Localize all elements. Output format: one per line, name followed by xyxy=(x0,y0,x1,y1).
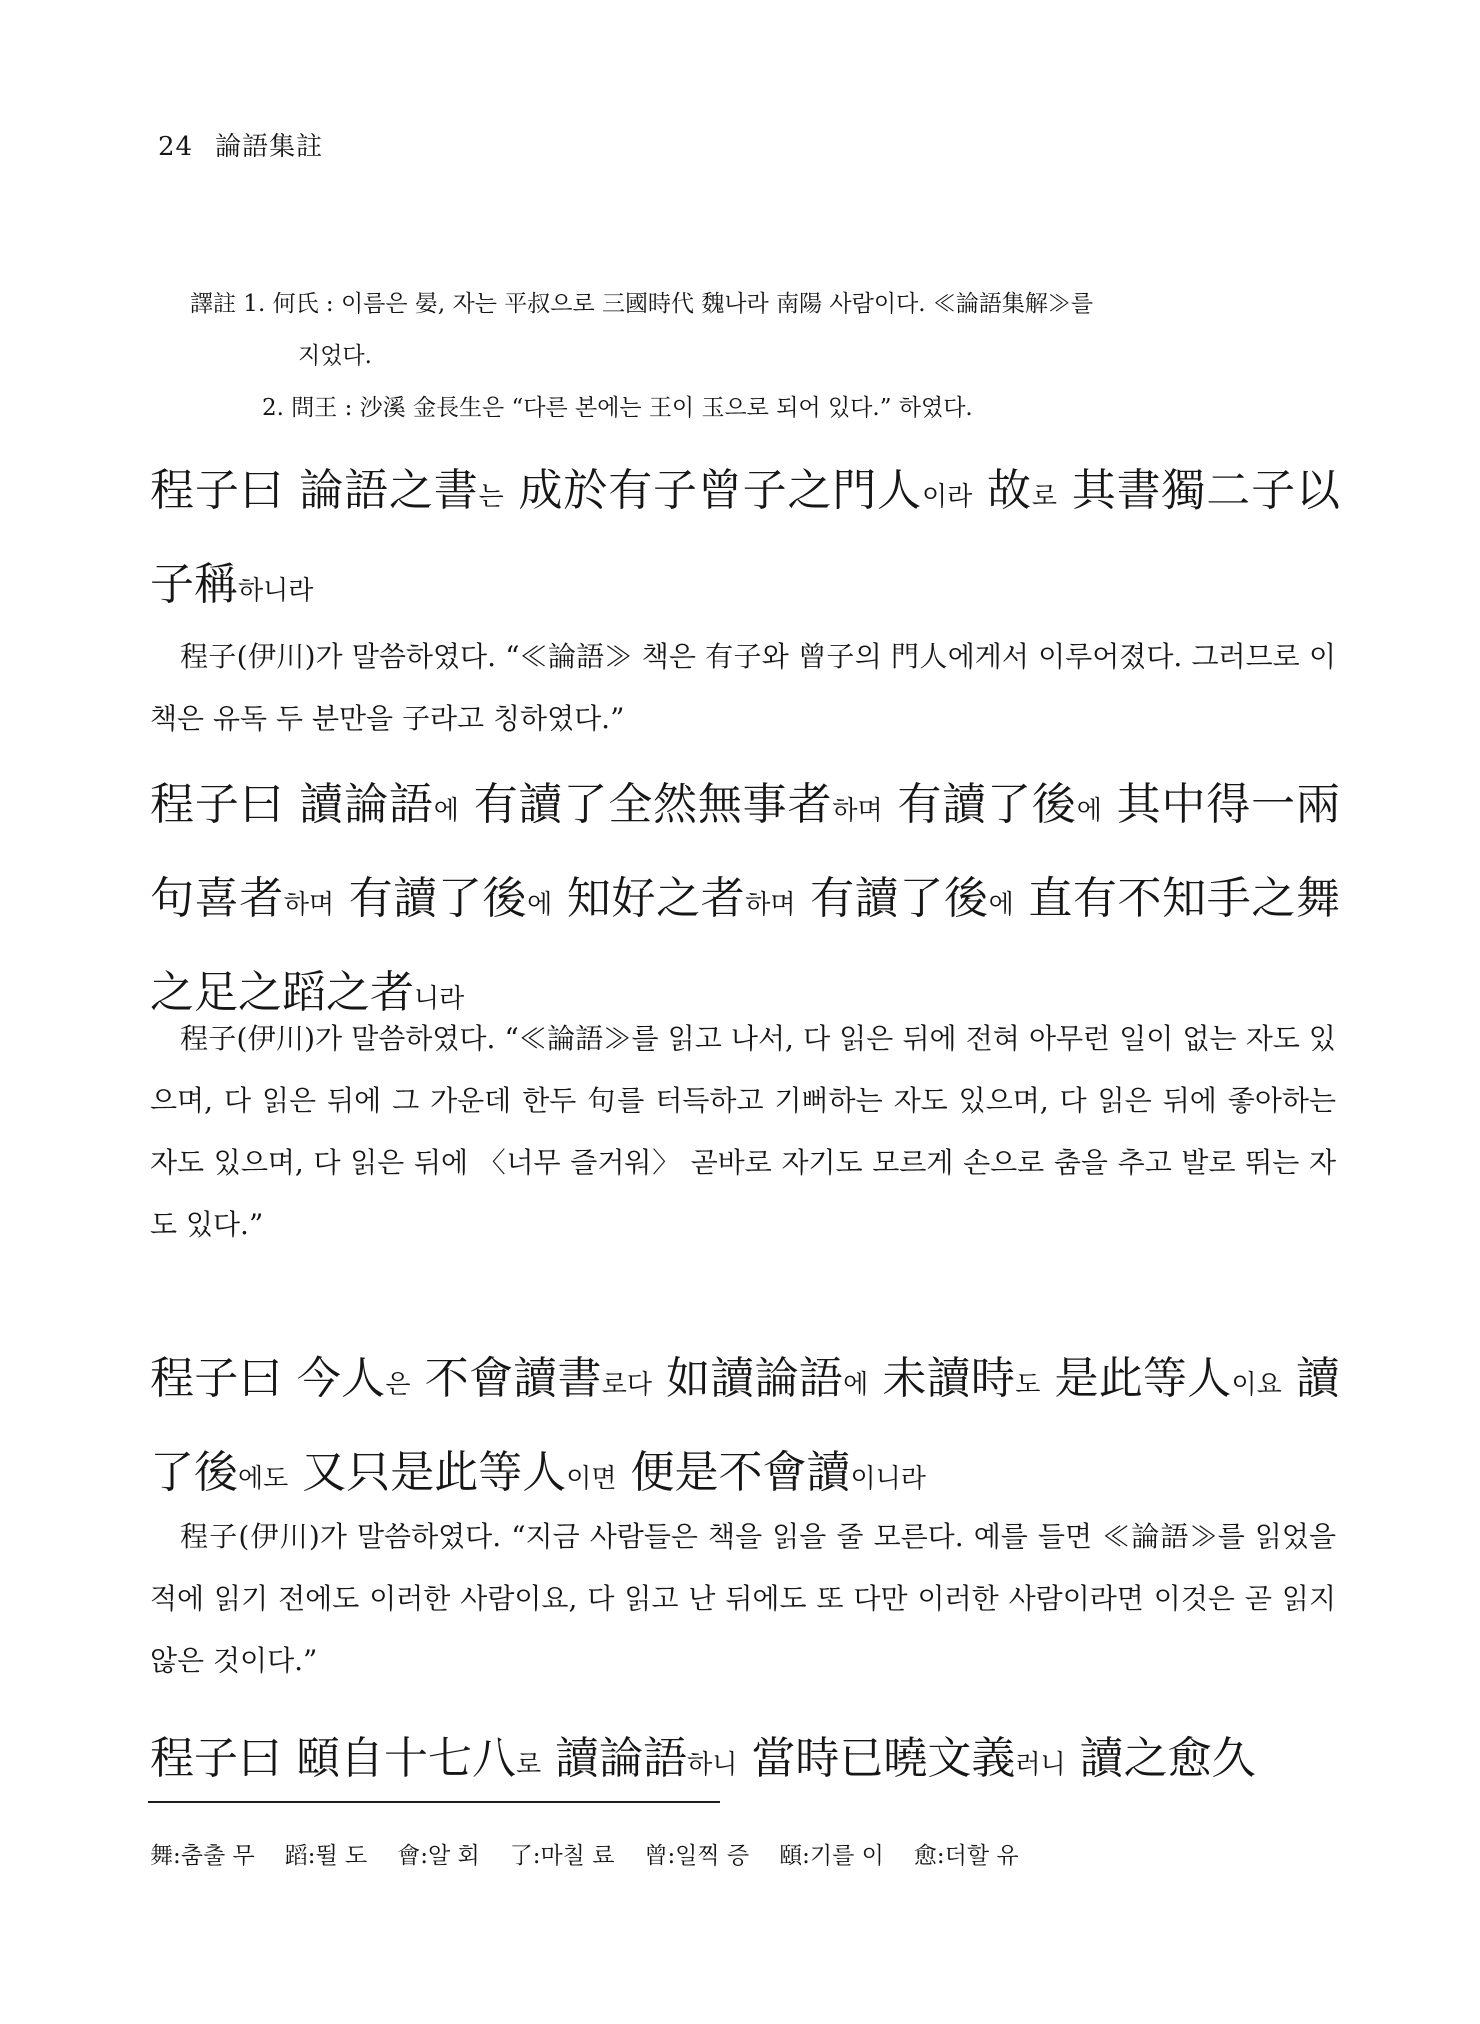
korean-particle: 이요 xyxy=(1231,1370,1281,1400)
glossary-entry: 舞:춤출 무 xyxy=(150,1843,255,1869)
footnote-divider xyxy=(148,1801,720,1803)
hanja-text: 便是不會讀 xyxy=(616,1447,850,1498)
translation-paragraph-3: 程子(伊川)가 말씀하였다. “지금 사람들은 책을 읽을 줄 모른다. 예를 … xyxy=(150,1506,1336,1692)
hanja-text: 有讀了後 xyxy=(883,779,1077,830)
korean-particle: 에 xyxy=(989,890,1014,920)
hanja-text: 是此等人 xyxy=(1040,1353,1231,1404)
book-title: 論語集註 xyxy=(215,132,323,162)
translator-note-line: 지었다. xyxy=(190,330,1350,382)
korean-particle: 하며 xyxy=(745,890,795,920)
hanja-text: 讀之愈久 xyxy=(1066,1733,1256,1784)
hanja-text: 知好之者 xyxy=(552,873,745,924)
page-number: 24 xyxy=(158,132,193,162)
korean-particle: 하니 xyxy=(687,1750,737,1780)
korean-particle: 로 xyxy=(1032,482,1057,512)
footnote-glossary: 舞:춤출 무蹈:뛸 도會:알 회了:마칠 료曾:일찍 증頤:기를 이愈:더할 유 xyxy=(150,1832,1340,1880)
translator-note-line: 譯註 1. 何氏 : 이름은 晏, 자는 平叔으로 三國時代 魏나라 南陽 사람… xyxy=(190,278,1350,330)
glossary-entry: 蹈:뛸 도 xyxy=(285,1843,368,1869)
korean-particle: 로 xyxy=(516,1750,541,1780)
hanja-text: 未讀時 xyxy=(868,1353,1015,1404)
hanja-text: 程子曰 今人 xyxy=(150,1353,385,1404)
hanja-text: 不會讀書 xyxy=(411,1353,602,1404)
korean-particle: 는 xyxy=(479,482,504,512)
korean-particle: 에 xyxy=(434,796,459,826)
hanja-text: 有讀了全然無事者 xyxy=(459,779,832,830)
korean-particle: 이면 xyxy=(566,1464,616,1494)
hanmun-heading-2: 程子曰 讀論語에 有讀了全然無事者하며 有讀了後에 其中得一兩句喜者하며 有讀了… xyxy=(150,762,1340,1044)
hanja-text: 故 xyxy=(972,465,1032,516)
hanja-text: 程子曰 讀論語 xyxy=(150,779,434,830)
hanmun-heading-3: 程子曰 今人은 不會讀書로다 如讀論語에 未讀時도 是此等人이요 讀了後에도 又… xyxy=(150,1336,1340,1524)
glossary-entry: 頤:기를 이 xyxy=(779,1843,884,1869)
translation-paragraph-2: 程子(伊川)가 말씀하였다. “≪論語≫를 읽고 나서, 다 읽은 뒤에 전혀 … xyxy=(150,1008,1336,1256)
glossary-entry: 愈:더할 유 xyxy=(914,1843,1019,1869)
glossary-entry: 會:알 회 xyxy=(397,1843,480,1869)
korean-particle: 하니라 xyxy=(238,576,313,606)
korean-particle: 하며 xyxy=(832,796,882,826)
korean-particle: 로다 xyxy=(602,1370,652,1400)
hanja-text: 有讀了後 xyxy=(334,873,527,924)
korean-particle: 은 xyxy=(385,1370,410,1400)
book-page: 24論語集註 譯註 1. 何氏 : 이름은 晏, 자는 平叔으로 三國時代 魏나… xyxy=(0,0,1480,2024)
korean-particle: 이니라 xyxy=(850,1464,925,1494)
translator-notes-block: 譯註 1. 何氏 : 이름은 晏, 자는 平叔으로 三國時代 魏나라 南陽 사람… xyxy=(190,278,1350,434)
korean-particle: 에 xyxy=(527,890,552,920)
hanja-text: 程子曰 論語之書 xyxy=(150,465,479,516)
korean-particle: 하며 xyxy=(284,890,334,920)
glossary-entry: 了:마칠 료 xyxy=(510,1843,615,1869)
translator-note-line: 2. 問王 : 沙溪 金長生은 “다른 본에는 王이 玉으로 되어 있다.” 하… xyxy=(190,382,1350,434)
korean-particle: 러니 xyxy=(1015,1750,1065,1780)
translation-paragraph-1: 程子(伊川)가 말씀하였다. “≪論語≫ 책은 有子와 曾子의 門人에게서 이루… xyxy=(150,626,1336,750)
hanja-text: 成於有子曾子之門人 xyxy=(504,465,922,516)
hanja-text: 有讀了後 xyxy=(796,873,989,924)
hanja-text: 如讀論語 xyxy=(652,1353,843,1404)
page-header: 24論語集註 xyxy=(158,126,323,163)
korean-particle: 도 xyxy=(1015,1370,1040,1400)
hanmun-heading-1: 程子曰 論語之書는 成於有子曾子之門人이라 故로 其書獨二子以子稱하니라 xyxy=(150,448,1340,636)
korean-particle: 이라 xyxy=(922,482,972,512)
hanja-text: 讀論語 xyxy=(541,1733,687,1784)
hanmun-heading-4: 程子曰 頤自十七八로 讀論語하니 當時已曉文義러니 讀之愈久 xyxy=(150,1716,1340,1810)
hanja-text: 又只是此等人 xyxy=(288,1447,566,1498)
korean-particle: 에도 xyxy=(238,1464,288,1494)
korean-particle: 에 xyxy=(843,1370,868,1400)
korean-particle: 에 xyxy=(1077,796,1102,826)
glossary-entry: 曾:일찍 증 xyxy=(644,1843,749,1869)
hanja-text: 程子曰 頤自十七八 xyxy=(150,1733,516,1784)
hanja-text: 當時已曉文義 xyxy=(737,1733,1015,1784)
